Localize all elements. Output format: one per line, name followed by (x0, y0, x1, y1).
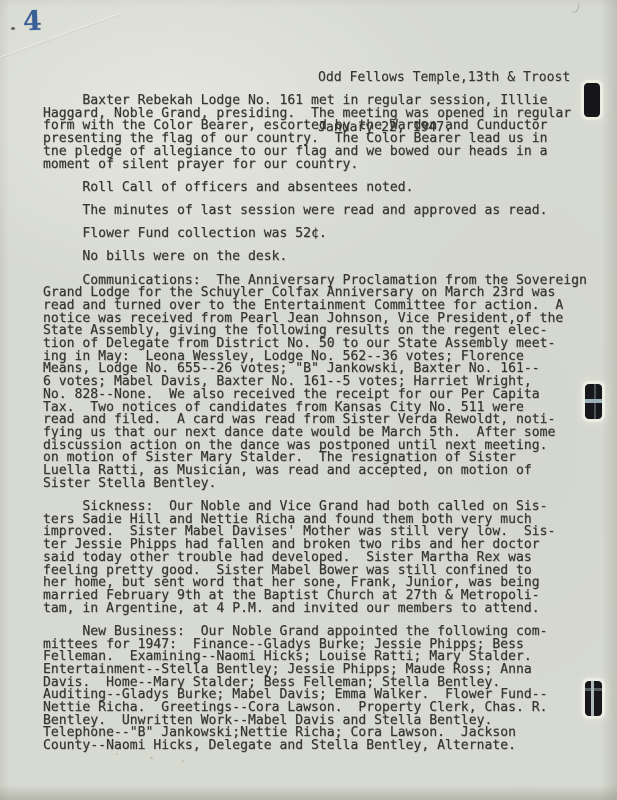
document-page: 4 Odd Fellows Temple,13th & Troost Janua… (0, 0, 617, 800)
paragraph-communications: Communications: The Anniversary Proclama… (43, 275, 603, 491)
text-line: Flower Fund collection was 52¢. (43, 228, 603, 241)
text-line: tam, in Argentine, at 4 P.M. and invited… (43, 603, 603, 616)
ink-dot (11, 27, 15, 30)
paragraph-bills: No bills were on the desk. (43, 251, 603, 264)
binder-hole-mark-middle (585, 384, 602, 419)
pen-smudge (571, 3, 579, 14)
text-line: County--Naomi Hicks, Delegate and Stella… (43, 740, 603, 753)
text-line: Sister Stella Bentley. (43, 478, 603, 491)
text-line: The minutes of last session were read an… (43, 205, 603, 218)
document-body: Baxter Rebekah Lodge No. 161 met in regu… (43, 95, 603, 753)
paper-stain (182, 760, 184, 762)
page-number: 4 (22, 6, 42, 38)
binder-hole-mark-top (584, 83, 600, 117)
text-line: No bills were on the desk. (43, 251, 603, 264)
paper-stain (150, 757, 153, 759)
text-line: moment of silent prayer for our country. (43, 159, 603, 172)
header-location: Odd Fellows Temple,13th & Troost (318, 70, 570, 87)
paper-crease (0, 12, 122, 64)
paragraph-roll-call: Roll Call of officers and absentees note… (43, 182, 603, 195)
text-line: Roll Call of officers and absentees note… (43, 182, 603, 195)
binder-hole-mark-bottom (585, 681, 602, 716)
paragraph-flower-fund: Flower Fund collection was 52¢. (43, 228, 603, 241)
paper-stain (116, 753, 118, 755)
paragraph-new-business: New Business: Our Noble Grand appointed … (43, 626, 603, 753)
paragraph-opening: Baxter Rebekah Lodge No. 161 met in regu… (43, 95, 603, 171)
paragraph-minutes: The minutes of last session were read an… (43, 205, 603, 218)
paragraph-sickness: Sickness: Our Noble and Vice Grand had b… (43, 501, 603, 615)
